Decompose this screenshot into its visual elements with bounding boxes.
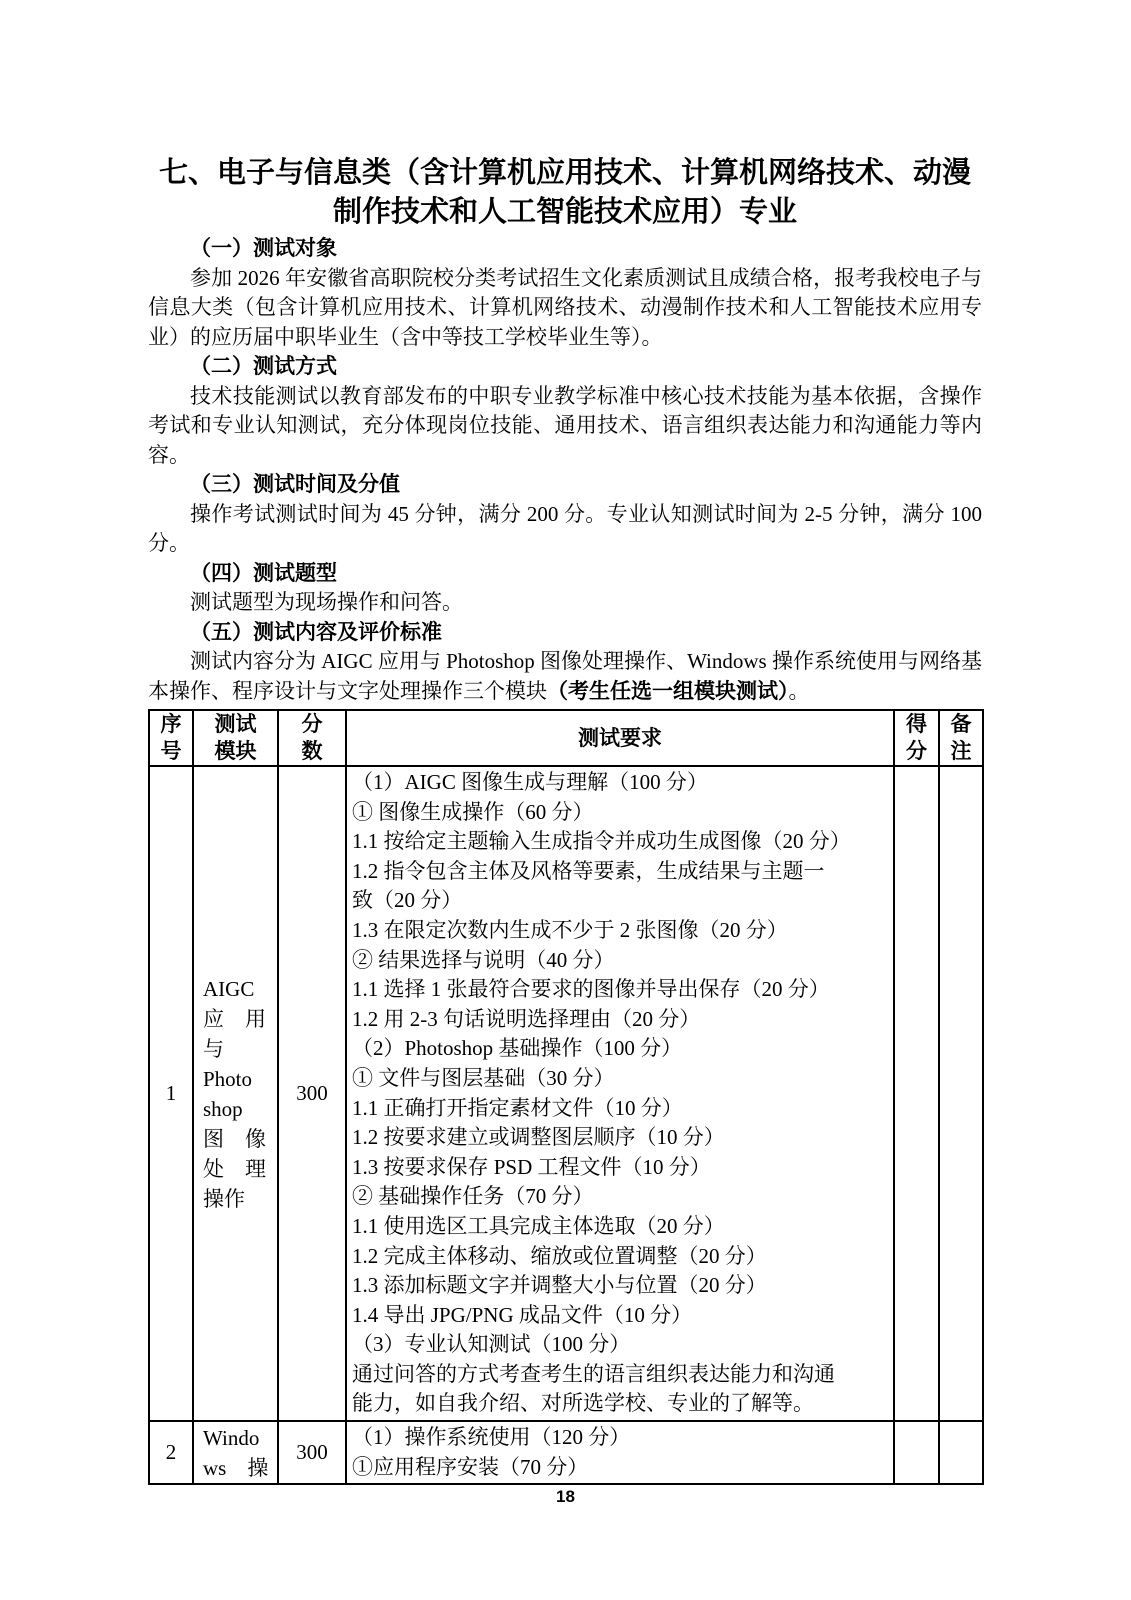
column-header: 测试要求 [346,710,894,766]
section-heading: （三）测试时间及分值 [148,470,982,500]
paragraph: 测试内容分为 AIGC 应用与 Photoshop 图像处理操作、Windows… [148,647,982,706]
requirements-cell: （1）操作系统使用（120 分）①应用程序安装（70 分） [346,1421,894,1484]
column-header-line: 备 [940,711,982,738]
score-cell: 300 [278,1421,346,1484]
requirement-line: ② 基础操作任务（70 分） [352,1182,889,1212]
requirement-line: 1.1 按给定主题输入生成指令并成功生成图像（20 分） [352,827,889,857]
column-header-line: 分 [895,738,938,765]
header-row: 序号测试模块分数测试要求得分备注 [149,710,983,766]
requirement-line: 1.3 按要求保存 PSD 工程文件（10 分） [352,1153,889,1183]
column-header: 序号 [149,710,193,766]
requirement-line: 1.1 使用选区工具完成主体选取（20 分） [352,1212,889,1242]
requirement-line: 能力，如自我介绍、对所选学校、专业的了解等。 [352,1389,889,1419]
module-line: 图 像 [203,1124,268,1154]
module-line: shop [203,1094,268,1124]
column-header-line: 数 [279,738,345,765]
emphasis-text: （考生任选一组模块测试） [547,679,789,703]
document-sections: （一）测试对象参加 2026 年安徽省高职院校分类考试招生文化素质测试且成绩合格… [148,234,982,706]
section-heading: （一）测试对象 [148,234,982,264]
requirement-line: 1.2 指令包含主体及风格等要素，生成结果与主题一 [352,857,889,887]
requirement-line: ② 结果选择与说明（40 分） [352,946,889,976]
column-header-line: 模块 [194,738,277,765]
table-row: 1AIGC应 用与Photoshop图 像处 理操作300（1）AIGC 图像生… [149,766,983,1421]
requirements-cell: （1）AIGC 图像生成与理解（100 分）① 图像生成操作（60 分）1.1 … [346,766,894,1421]
earned-score-cell [894,766,939,1421]
note-cell [939,1421,983,1484]
column-header: 得分 [894,710,939,766]
page-title: 七、电子与信息类（含计算机应用技术、计算机网络技术、动漫制作技术和人工智能技术应… [148,154,982,232]
module-line: 应 用 [203,1004,268,1034]
test-spec-table: 序号测试模块分数测试要求得分备注 1AIGC应 用与Photoshop图 像处 … [148,709,984,1485]
requirement-line: 1.1 正确打开指定素材文件（10 分） [352,1094,889,1124]
column-header-line: 分 [279,711,345,738]
text-run: 操作考试测试时间为 45 分钟，满分 200 分。专业认知测试时间为 2-5 分… [148,502,982,556]
text-run: 参加 2026 年安徽省高职院校分类考试招生文化素质测试且成绩合格，报考我校电子… [148,266,982,349]
requirement-line: （1）操作系统使用（120 分） [352,1423,889,1453]
requirement-line: 1.2 用 2-3 句话说明选择理由（20 分） [352,1005,889,1035]
paragraph: 操作考试测试时间为 45 分钟，满分 200 分。专业认知测试时间为 2-5 分… [148,500,982,559]
note-cell [939,766,983,1421]
page-title-line: 七、电子与信息类（含计算机应用技术、计算机网络技术、动漫 [148,154,982,193]
requirement-line: ① 图像生成操作（60 分） [352,798,889,828]
module-line: AIGC [203,974,268,1004]
module-cell: AIGC应 用与Photoshop图 像处 理操作 [193,766,278,1421]
module-line: Photo [203,1064,268,1094]
requirement-line: 1.1 选择 1 张最符合要求的图像并导出保存（20 分） [352,975,889,1005]
module-line: 与 [203,1034,268,1064]
document-content: 七、电子与信息类（含计算机应用技术、计算机网络技术、动漫制作技术和人工智能技术应… [148,0,982,1485]
module-line: 处 理 [203,1154,268,1184]
module-line: Windo [203,1423,268,1453]
row-number-cell: 1 [149,766,193,1421]
row-number-cell: 2 [149,1421,193,1484]
column-header: 备注 [939,710,983,766]
requirement-line: （3）专业认知测试（100 分） [352,1330,889,1360]
column-header: 分数 [278,710,346,766]
column-header-line: 测试要求 [347,725,893,752]
table-row: 2Windows 操300（1）操作系统使用（120 分）①应用程序安装（70 … [149,1421,983,1484]
requirement-line: （1）AIGC 图像生成与理解（100 分） [352,768,889,798]
module-line: ws 操 [203,1453,268,1483]
page-number: 18 [0,1487,1131,1507]
column-header-line: 得 [895,711,938,738]
page-title-line: 制作技术和人工智能技术应用）专业 [148,193,982,232]
module-line: 操作 [203,1184,268,1214]
requirement-line: 1.4 导出 JPG/PNG 成品文件（10 分） [352,1301,889,1331]
column-header: 测试模块 [193,710,278,766]
requirement-line: ① 文件与图层基础（30 分） [352,1064,889,1094]
text-run: 测试题型为现场操作和问答。 [190,590,463,614]
column-header-line: 号 [150,738,192,765]
requirement-line: （2）Photoshop 基础操作（100 分） [352,1034,889,1064]
requirement-line: 1.2 按要求建立或调整图层顺序（10 分） [352,1123,889,1153]
requirement-line: 1.3 添加标题文字并调整大小与位置（20 分） [352,1271,889,1301]
column-header-line: 测试 [194,711,277,738]
paragraph: 参加 2026 年安徽省高职院校分类考试招生文化素质测试且成绩合格，报考我校电子… [148,264,982,353]
score-cell: 300 [278,766,346,1421]
requirement-line: 1.2 完成主体移动、缩放或位置调整（20 分） [352,1242,889,1272]
earned-score-cell [894,1421,939,1484]
requirement-line: 1.3 在限定次数内生成不少于 2 张图像（20 分） [352,916,889,946]
text-run: 技术技能测试以教育部发布的中职专业教学标准中核心技术技能为基本依据，含操作考试和… [148,384,982,467]
module-cell: Windows 操 [193,1421,278,1484]
requirement-line: 致（20 分） [352,886,889,916]
column-header-line: 序 [150,711,192,738]
paragraph: 测试题型为现场操作和问答。 [148,588,982,618]
section-heading: （五）测试内容及评价标准 [148,618,982,648]
requirement-line: ①应用程序安装（70 分） [352,1453,889,1483]
document-page: 七、电子与信息类（含计算机应用技术、计算机网络技术、动漫制作技术和人工智能技术应… [0,0,1131,1600]
requirement-line: 通过问答的方式考查考生的语言组织表达能力和沟通 [352,1360,889,1390]
section-heading: （四）测试题型 [148,559,982,589]
section-heading: （二）测试方式 [148,352,982,382]
text-run: 。 [789,679,810,703]
column-header-line: 注 [940,738,982,765]
paragraph: 技术技能测试以教育部发布的中职专业教学标准中核心技术技能为基本依据，含操作考试和… [148,382,982,471]
